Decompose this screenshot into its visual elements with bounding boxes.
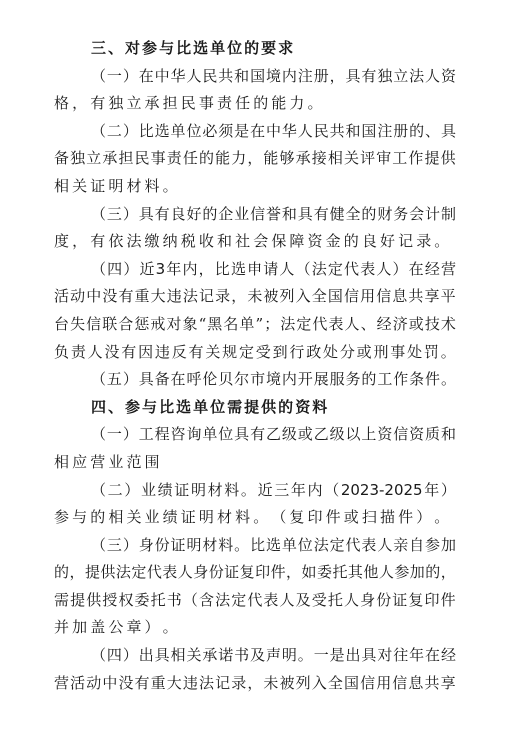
paragraph-line: （一）工程咨询单位具有乙级或乙级以上资信资质和	[54, 421, 456, 449]
section-heading: 四、参与比选单位需提供的资料	[54, 394, 456, 422]
paragraph-line: （二）业绩证明材料。近三年内（2023-2025年）	[54, 477, 456, 505]
paragraph-line: 参与的相关业绩证明材料。（复印件或扫描件）。	[54, 504, 456, 532]
paragraph-line: （四）近3年内，比选申请人（法定代表人）在经营	[54, 256, 456, 284]
paragraph-line: （五）具备在呼伦贝尔市境内开展服务的工作条件。	[54, 366, 456, 394]
paragraph-line: 度，有依法缴纳税收和社会保障资金的良好记录。	[54, 228, 456, 256]
paragraph-line: 并加盖公章）。	[54, 614, 456, 642]
paragraph-line: （三）身份证明材料。比选单位法定代表人亲自参加	[54, 532, 456, 560]
document-page: 三、对参与比选单位的要求 （一）在中华人民共和国境内注册，具有独立法人资 格，有…	[54, 35, 456, 697]
paragraph-line: （一）在中华人民共和国境内注册，具有独立法人资	[54, 63, 456, 91]
paragraph-line: 活动中没有重大违法记录，未被列入全国信用信息共享平	[54, 283, 456, 311]
paragraph-line: （四）出具相关承诺书及声明。一是出具对往年在经	[54, 642, 456, 670]
paragraph-line: 需提供授权委托书（含法定代表人及受托人身份证复印件	[54, 587, 456, 615]
paragraph-line: 的，提供法定代表人身份证复印件，如委托其他人参加的，	[54, 559, 456, 587]
paragraph-line: 台失信联合惩戒对象“黑名单”；法定代表人、经济或技术	[54, 311, 456, 339]
section-heading: 三、对参与比选单位的要求	[54, 35, 456, 63]
paragraph-line: （三）具有良好的企业信誉和具有健全的财务会计制	[54, 201, 456, 229]
paragraph-line: 营活动中没有重大违法记录，未被列入全国信用信息共享	[54, 670, 456, 698]
paragraph-line: 格，有独立承担民事责任的能力。	[54, 90, 456, 118]
paragraph-line: 相应营业范围	[54, 449, 456, 477]
paragraph-line: （二）比选单位必须是在中华人民共和国注册的、具	[54, 118, 456, 146]
paragraph-line: 负责人没有因违反有关规定受到行政处分或刑事处罚。	[54, 339, 456, 367]
paragraph-line: 备独立承担民事责任的能力，能够承接相关评审工作提供	[54, 145, 456, 173]
paragraph-line: 相关证明材料。	[54, 173, 456, 201]
